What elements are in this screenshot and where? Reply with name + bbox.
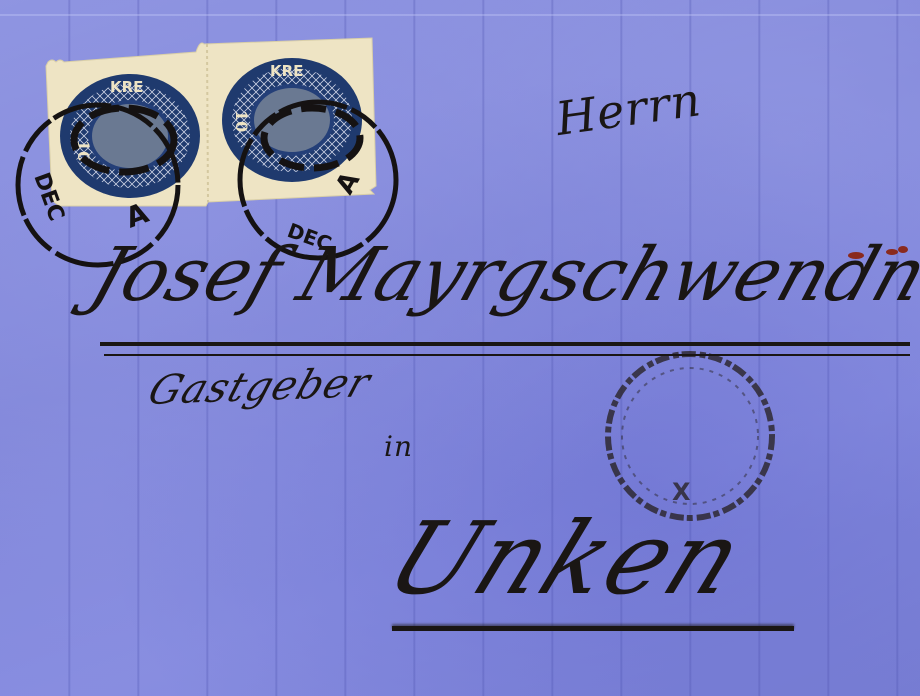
postal-cover: KRE 10 KRE 10 A DEC DEC A xyxy=(0,0,920,696)
underline xyxy=(104,354,910,356)
stamp-label: KRE xyxy=(110,78,143,96)
postmark-3: X xyxy=(608,354,772,518)
destination-place: Unken xyxy=(371,500,761,617)
stamp-pair: KRE 10 KRE 10 xyxy=(46,38,376,206)
red-ink-spot xyxy=(898,246,908,253)
red-ink-spot xyxy=(848,252,864,259)
address-preposition: in xyxy=(384,430,413,463)
underline xyxy=(392,626,794,631)
recipient-name: Josef Mayrgschwendner xyxy=(81,232,920,318)
underline xyxy=(100,342,910,346)
stamp-label: KRE xyxy=(270,62,303,80)
stamp-value: 10 xyxy=(232,110,251,132)
red-ink-spot xyxy=(886,249,898,255)
recipient-occupation: Gastgeber xyxy=(143,360,377,414)
